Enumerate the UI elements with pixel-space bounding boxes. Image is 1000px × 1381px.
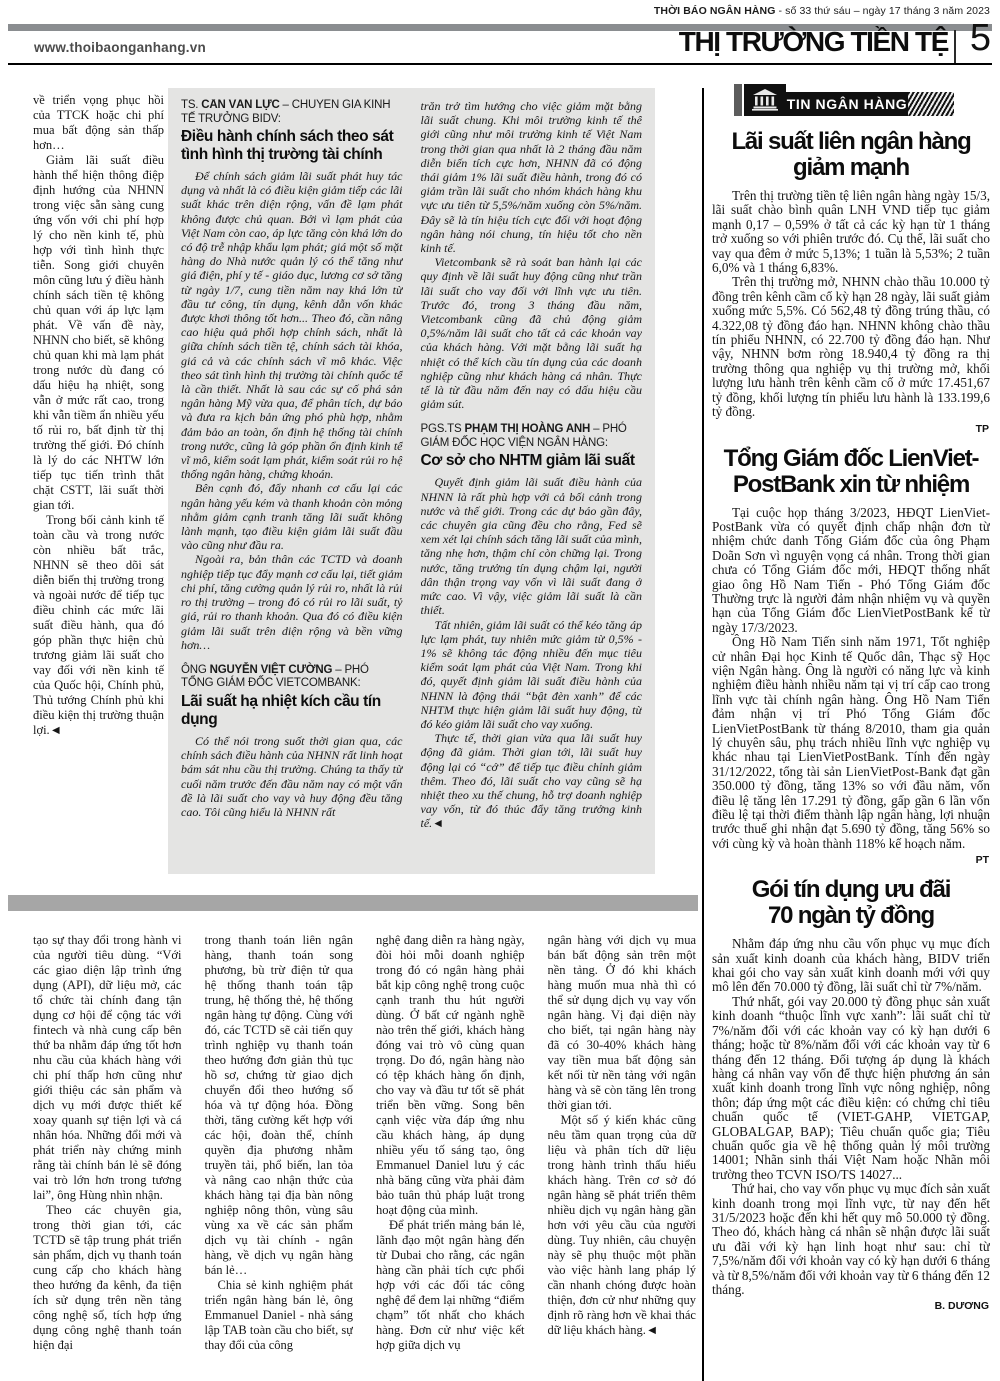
expert-name: CẤN VĂN LỰC <box>201 99 279 111</box>
paragraph: Vietcombank sẽ rà soát ban hành lại các … <box>421 255 643 411</box>
expert-title-prefix: ÔNG <box>181 664 210 676</box>
newspaper-page: THỜI BÁO NGÂN HÀNG - số 33 thứ sáu – ngà… <box>0 0 1000 1381</box>
paragraph: Bên cạnh đó, đẩy nhanh cơ cấu lại các ng… <box>181 481 403 552</box>
paragraph: tạo sự thay đổi trong hành vi của người … <box>33 933 182 1203</box>
paragraph: về triển vọng phục hồi của TTCK hoặc chi… <box>33 93 164 153</box>
website-url: www.thoibaonganhang.vn <box>34 40 206 55</box>
news-article: Lãi suất liên ngân hànggiảm mạnhTrên thị… <box>712 129 990 435</box>
paragraph: Tại cuộc họp tháng 3/2023, HĐQT LienViet… <box>712 506 990 636</box>
article-signature: B. DƯƠNG <box>712 1300 989 1312</box>
section-divider-bar <box>8 895 698 911</box>
paragraph: trong thanh toán liên ngân hàng, thanh t… <box>205 933 354 1278</box>
opinion-headline: Cơ sở cho NHTM giảm lãi suất <box>421 452 643 470</box>
article-title: Gói tín dụng ưu đãi70 ngàn tỷ đồng <box>712 877 990 929</box>
issue-info-line: THỜI BÁO NGÂN HÀNG - số 33 thứ sáu – ngà… <box>654 5 990 17</box>
bottom-column-3: nghệ đang diễn ra hàng ngày, đòi hỏi mỗi… <box>376 933 525 1381</box>
bar-hatch-decoration <box>908 92 954 116</box>
expert-label: PGS.TS PHẠM THỊ HOÀNG ANH – PHÓ GIÁM ĐỐC… <box>421 423 643 450</box>
expert-label: TS. CẤN VĂN LỰC – CHUYÊN GIA KINH TẾ TRƯ… <box>181 99 403 126</box>
article-title: Lãi suất liên ngân hànggiảm mạnh <box>712 129 990 181</box>
paragraph: trăn trở tìm hướng cho việc giảm mặt bằn… <box>421 99 643 255</box>
paragraph: Để phát triển mảng bán lẻ, lãnh đạo một … <box>376 1218 525 1353</box>
bank-news-section-label: TIN NGÂN HÀNG <box>786 92 908 116</box>
paragraph: Chia sẻ kinh nghiệm phát triển ngân hàng… <box>205 1278 354 1353</box>
paragraph: Nhằm đáp ứng nhu cầu vốn phục vụ mục đíc… <box>712 937 990 995</box>
opinion-headline: Điều hành chính sách theo sát tình hình … <box>181 128 403 164</box>
opinion-col-2: trăn trở tìm hướng cho việc giảm mặt bằn… <box>421 99 643 863</box>
paragraph: Ngoài ra, bản thân các TCTD và doanh ngh… <box>181 552 403 651</box>
news-articles: Lãi suất liên ngân hànggiảm mạnhTrên thị… <box>712 118 990 1381</box>
paper-name: THỜI BÁO NGÂN HÀNG <box>654 5 776 17</box>
left-column: về triển vọng phục hồi của TTCK hoặc chi… <box>33 93 164 901</box>
page-section-title: THỊ TRƯỜNG TIỀN TỆ <box>679 26 948 58</box>
paragraph: Một số ý kiến khác cũng nêu tầm quan trọ… <box>548 1113 697 1338</box>
paragraph: Có thể nói trong suốt thời gian qua, các… <box>181 734 403 819</box>
title-separator-line <box>954 30 956 63</box>
bank-news-header-bar: TIN NGÂN HÀNG <box>734 92 954 116</box>
paragraph: Ông Hồ Nam Tiến sinh năm 1971, Tốt nghiệ… <box>712 635 990 851</box>
paragraph: nghệ đang diễn ra hàng ngày, đòi hỏi mỗi… <box>376 933 525 1218</box>
article-signature: PT <box>712 854 989 866</box>
paragraph: Thực tế, thời gian vừa qua lãi suất huy … <box>421 731 643 830</box>
bar-edge-block <box>734 84 742 116</box>
paragraph: Theo các chuyên gia, trong thời gian tới… <box>33 1203 182 1353</box>
expert-label: ÔNG NGUYỄN VIỆT CƯỜNG – PHÓ TỔNG GIÁM ĐỐ… <box>181 664 403 691</box>
opinion-col-1: TS. CẤN VĂN LỰC – CHUYÊN GIA KINH TẾ TRƯ… <box>181 99 403 863</box>
bottom-columns: tạo sự thay đổi trong hành vi của người … <box>33 933 696 1381</box>
paragraph: Thứ nhất, gói vay 20.000 tỷ đồng phục sả… <box>712 995 990 1182</box>
paragraph: Để chính sách giảm lãi suất phát huy tác… <box>181 169 403 481</box>
paragraph: Thứ hai, cho vay vốn phục vụ mục đích sả… <box>712 1182 990 1297</box>
opinion-headline: Lãi suất hạ nhiệt kích cầu tín dụng <box>181 693 403 729</box>
expert-name: PHẠM THỊ HOÀNG ANH <box>464 423 590 435</box>
news-article: Tổng Giám đốc LienViet-PostBank xin từ n… <box>712 446 990 867</box>
issue-details: - số 33 thứ sáu – ngày 17 tháng 3 năm 20… <box>776 5 990 17</box>
paragraph: Quyết định giảm lãi suất điều hành của N… <box>421 475 643 617</box>
paragraph: Trên thị trường tiền tệ liên ngân hàng n… <box>712 189 990 275</box>
news-article: Gói tín dụng ưu đãi70 ngàn tỷ đồngNhằm đ… <box>712 877 990 1312</box>
bottom-column-2: trong thanh toán liên ngân hàng, thanh t… <box>205 933 354 1381</box>
article-signature: TP <box>712 423 989 435</box>
article-title: Tổng Giám đốc LienViet-PostBank xin từ n… <box>712 446 990 498</box>
bottom-column-1: tạo sự thay đổi trong hành vi của người … <box>33 933 182 1381</box>
opinion-box: TS. CẤN VĂN LỰC – CHUYÊN GIA KINH TẾ TRƯ… <box>168 88 655 874</box>
paragraph: Trong bối cảnh kinh tế toàn cầu và trong… <box>33 513 164 738</box>
header-black-rule <box>8 63 992 65</box>
paragraph: Trên thị trường mở, NHNN chào thầu 10.00… <box>712 275 990 419</box>
expert-title-prefix: PGS.TS <box>421 423 465 435</box>
page-number: 5 <box>970 17 991 60</box>
expert-name: NGUYỄN VIỆT CƯỜNG <box>210 664 333 676</box>
paragraph: Giảm lãi suất điều hành thể hiện thông đ… <box>33 153 164 513</box>
paragraph: Tất nhiên, giảm lãi suất có thể kéo tăng… <box>421 618 643 732</box>
bank-building-icon <box>744 84 786 116</box>
bottom-column-4: ngân hàng với dịch vụ mua bán bất động s… <box>548 933 697 1381</box>
paragraph: ngân hàng với dịch vụ mua bán bất động s… <box>548 933 697 1113</box>
expert-title-prefix: TS. <box>181 99 201 111</box>
column-separator-line <box>702 88 704 1381</box>
